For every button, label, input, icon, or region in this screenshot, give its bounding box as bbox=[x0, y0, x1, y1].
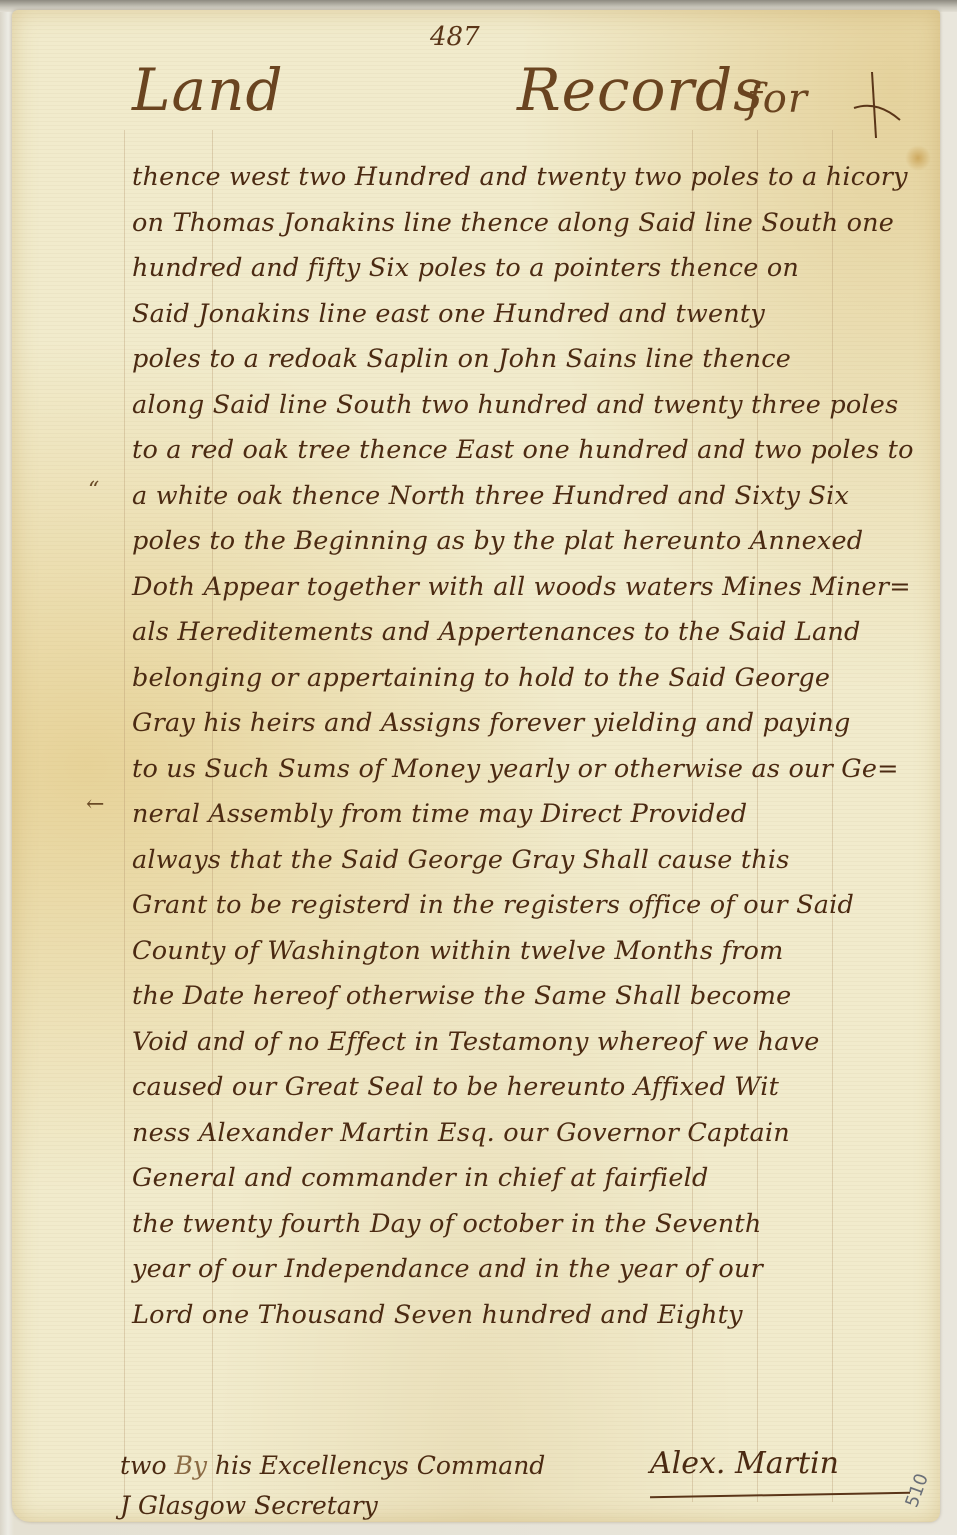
text-line: belonging or appertaining to hold to the… bbox=[132, 656, 932, 702]
text-line: Lord one Thousand Seven hundred and Eigh… bbox=[132, 1293, 932, 1339]
text-line: poles to a redoak Saplin on John Sains l… bbox=[132, 337, 932, 383]
text-line: County of Washington within twelve Month… bbox=[132, 929, 932, 975]
closing-block: two By his Excellencys Command J Glasgow… bbox=[120, 1446, 920, 1535]
text-line: Said Jonakins line east one Hundred and … bbox=[132, 292, 932, 338]
closing-prefix: two bbox=[120, 1451, 167, 1480]
signature-flourish bbox=[650, 1492, 910, 1499]
closing-command: his Excellencys Command bbox=[215, 1451, 545, 1480]
governor-signature: Alex. Martin bbox=[650, 1446, 839, 1481]
heading-for: for bbox=[747, 76, 808, 122]
text-line: along Said line South two hundred and tw… bbox=[132, 383, 932, 429]
text-line: thence west two Hundred and twenty two p… bbox=[132, 155, 932, 201]
text-line: als Hereditements and Appertenances to t… bbox=[132, 610, 932, 656]
text-line: neral Assembly from time may Direct Prov… bbox=[132, 792, 932, 838]
secretary-line: J Glasgow Secretary bbox=[120, 1486, 545, 1526]
document-scan: 487 Land Records for “ ← thence west two… bbox=[0, 0, 957, 1535]
ledger-page: 487 Land Records for “ ← thence west two… bbox=[12, 10, 940, 1522]
cross-mark-icon bbox=[852, 70, 902, 140]
text-line: to a red oak tree thence East one hundre… bbox=[132, 428, 932, 474]
text-line: always that the Said George Gray Shall c… bbox=[132, 838, 932, 884]
text-line: Gray his heirs and Assigns forever yield… bbox=[132, 701, 932, 747]
text-line: a white oak thence North three Hundred a… bbox=[132, 474, 932, 520]
margin-rule bbox=[124, 130, 125, 1502]
text-line: year of our Independance and in the year… bbox=[132, 1247, 932, 1293]
closing-text: two By his Excellencys Command J Glasgow… bbox=[120, 1446, 545, 1526]
text-line: ness Alexander Martin Esq. our Governor … bbox=[132, 1111, 932, 1157]
heading-records: Records bbox=[517, 56, 764, 124]
text-line: on Thomas Jonakins line thence along Sai… bbox=[132, 201, 932, 247]
text-line: Doth Appear together with all woods wate… bbox=[132, 565, 932, 611]
text-line: to us Such Sums of Money yearly or other… bbox=[132, 747, 932, 793]
closing-line-1: two By his Excellencys Command bbox=[120, 1446, 545, 1486]
text-line: the Date hereof otherwise the Same Shall… bbox=[132, 974, 932, 1020]
margin-quote-mark: “ bbox=[88, 478, 99, 503]
text-line: poles to the Beginning as by the plat he… bbox=[132, 519, 932, 565]
margin-arrow-mark: ← bbox=[86, 792, 104, 817]
closing-faded-by: By bbox=[174, 1451, 207, 1480]
text-line: Void and of no Effect in Testamony where… bbox=[132, 1020, 932, 1066]
page-number: 487 bbox=[430, 22, 480, 52]
text-line: hundred and fifty Six poles to a pointer… bbox=[132, 246, 932, 292]
text-line: the twenty fourth Day of october in the … bbox=[132, 1202, 932, 1248]
heading-land: Land bbox=[132, 56, 284, 124]
text-line: Grant to be registerd in the registers o… bbox=[132, 883, 932, 929]
text-line: caused our Great Seal to be hereunto Aff… bbox=[132, 1065, 932, 1111]
text-line: General and commander in chief at fairfi… bbox=[132, 1156, 932, 1202]
deed-body: thence west two Hundred and twenty two p… bbox=[132, 155, 932, 1338]
